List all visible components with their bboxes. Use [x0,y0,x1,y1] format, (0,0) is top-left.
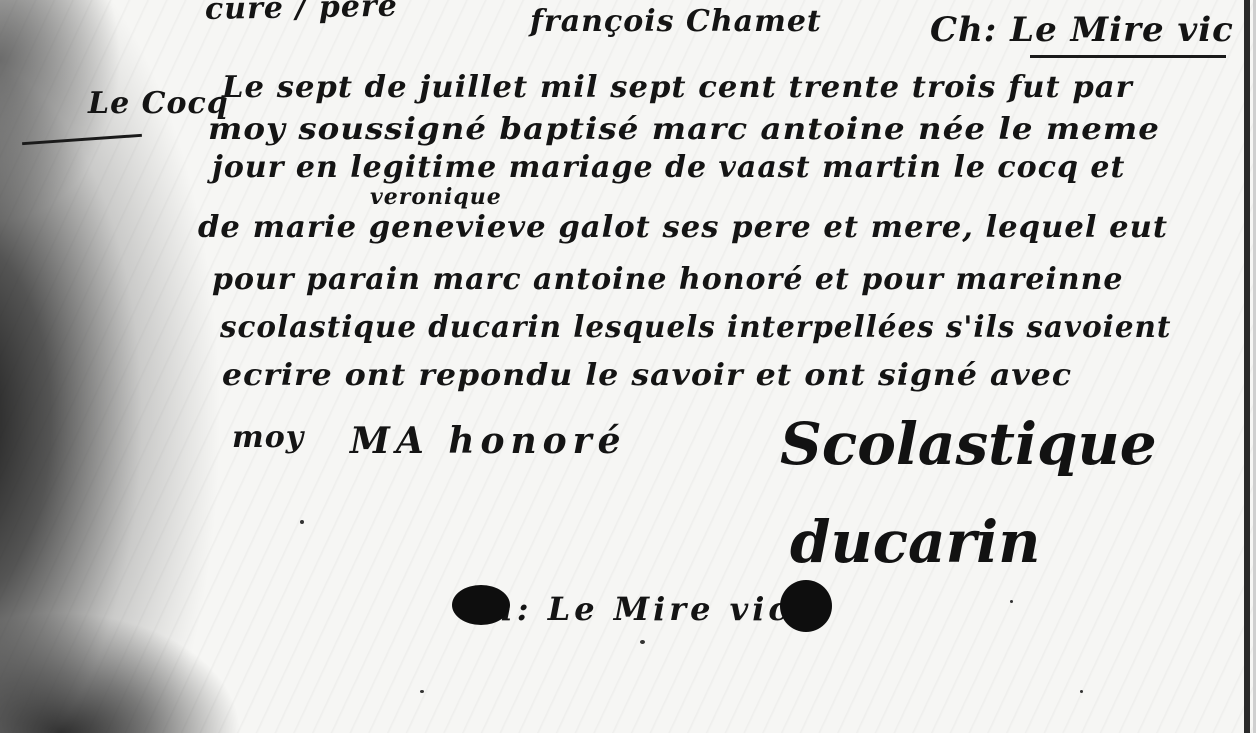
body-line-2: moy soussigné baptisé marc antoine née l… [208,112,1160,147]
signature-godmother-surname: ducarin [790,508,1040,576]
body-line-3: jour en legitime mariage de vaast martin… [212,150,1125,185]
interlinear-correction: veronique [370,184,502,210]
margin-rule [22,134,142,145]
page-edge-border [1244,0,1250,733]
paper-speck [420,690,424,693]
previous-entry-fragment: curé / pere [205,0,398,27]
paper-speck [300,520,304,524]
signature-godmother-first-name: Scolastique [780,410,1157,478]
body-line-7: ecrire ont repondu le savoir et ont sign… [222,358,1072,393]
signature-godfather: MA honoré [350,420,627,462]
signature-le-mire-top: Ch: Le Mire vic [930,10,1234,50]
scanned-register-page: Le Cocq curé / pere françois Chamet Ch: … [0,0,1256,733]
body-line-8: moy [232,420,304,455]
paper-speck [640,640,645,644]
paper-speck [1080,690,1083,693]
body-line-1: Le sept de juillet mil sept cent trente … [222,70,1133,105]
body-line-5: pour parain marc antoine honoré et pour … [212,262,1124,297]
body-line-6: scolastique ducarin lesquels interpellée… [220,310,1171,345]
signature-francois-chamet: françois Chamet [530,4,822,39]
ink-blot-right [780,580,832,632]
ink-blot-left [452,585,510,625]
signature-underline [1030,55,1226,58]
body-line-4: de marie genevieve galot ses pere et mer… [198,210,1168,245]
paper-speck [1010,600,1013,603]
signature-priest: Ch: Le Mire vic. [460,590,807,628]
